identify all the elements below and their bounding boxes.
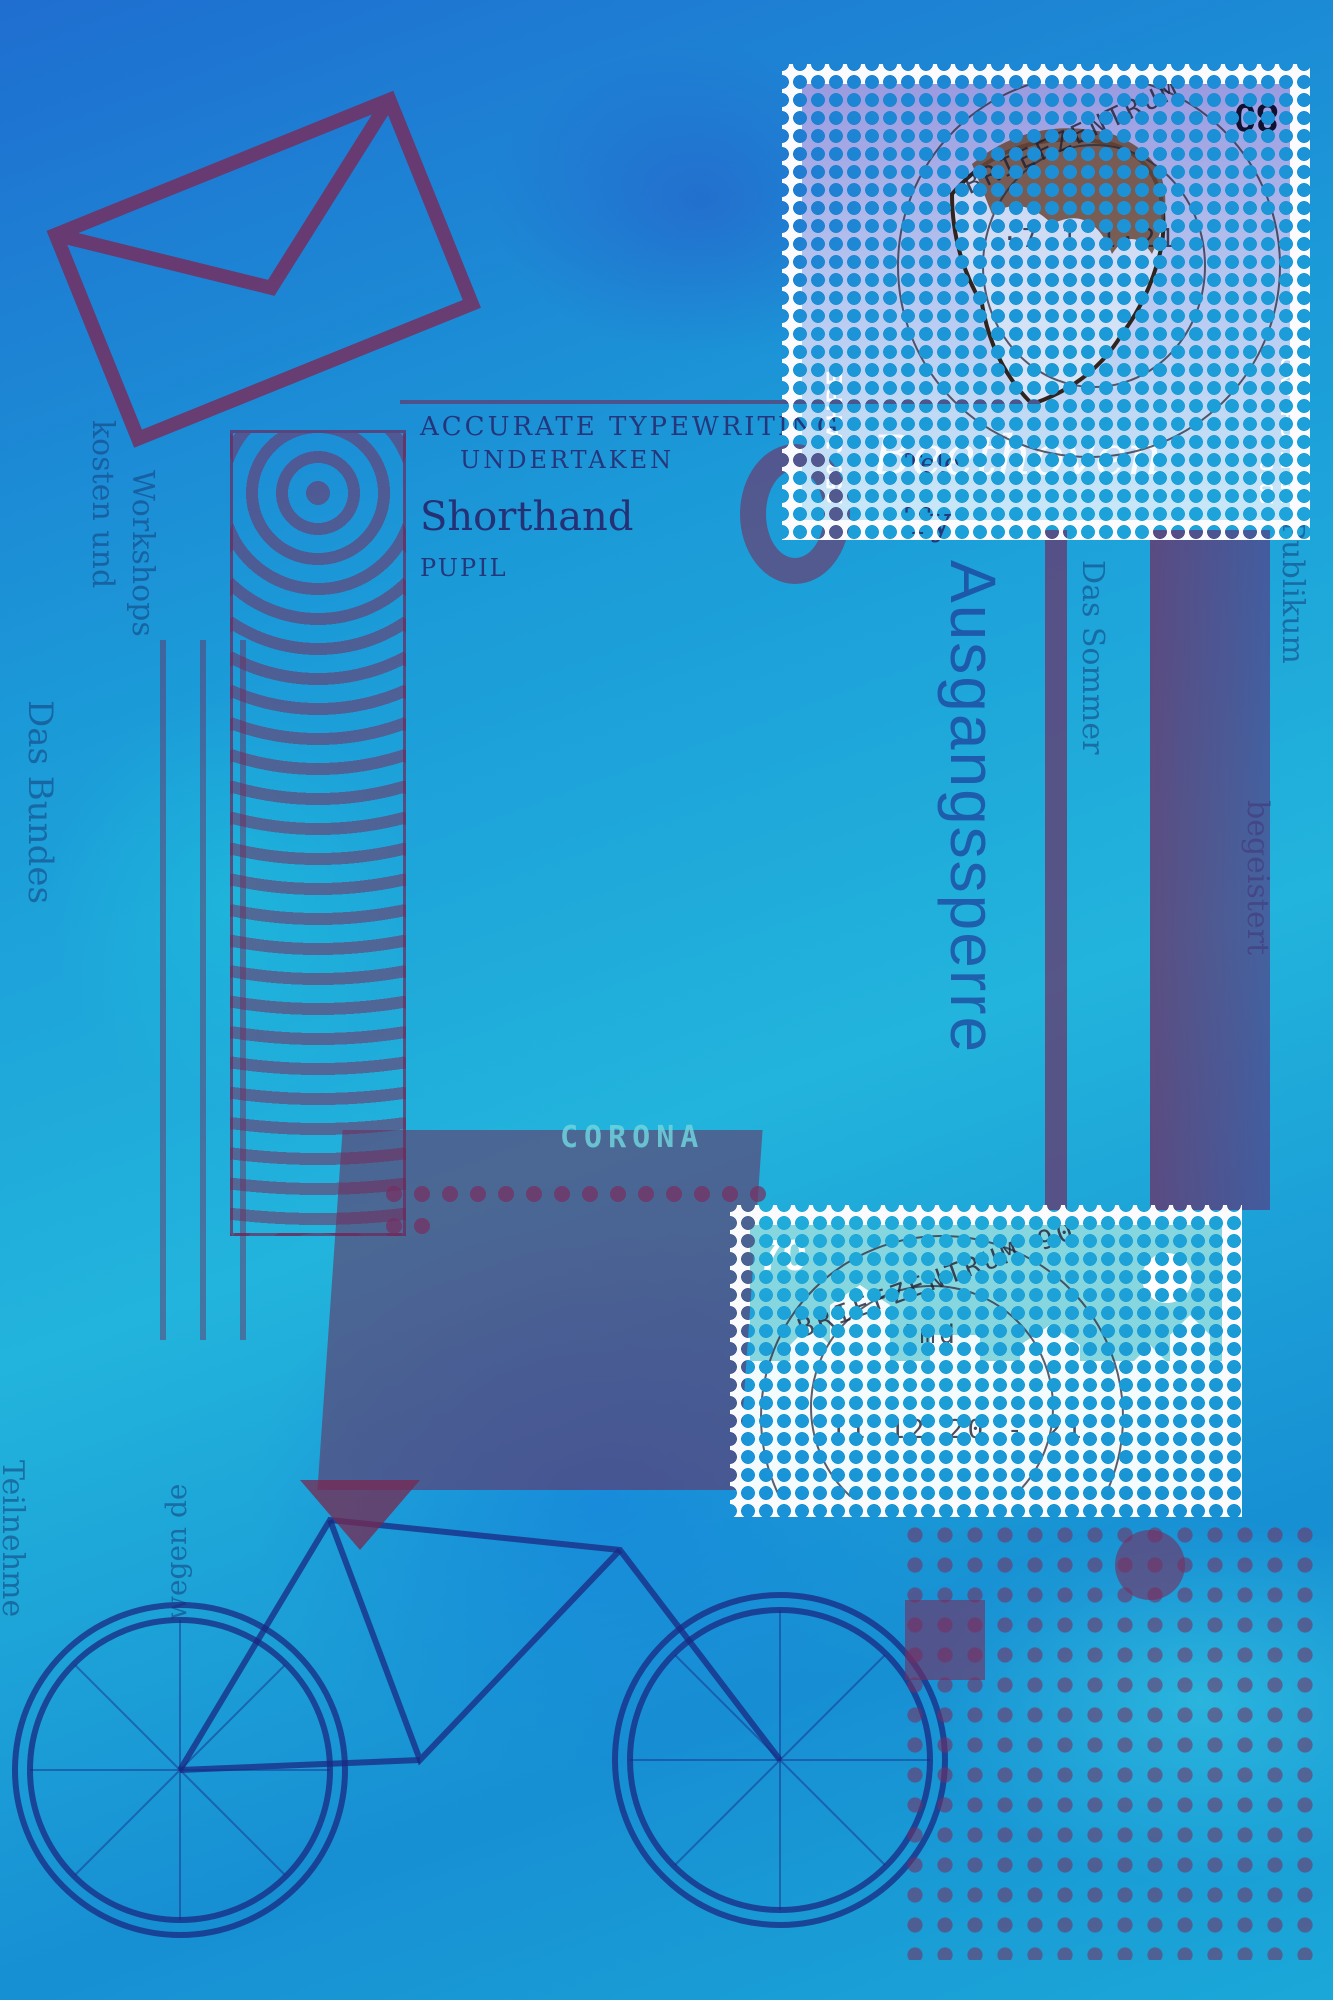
ad-line-1: ACCURATE TYPEWRITING (420, 412, 841, 442)
townscape-stamp: 70 BRIEFZENTRUM 90 'md 11 12 20 - 21 (730, 1205, 1242, 1517)
bg-text-left-2: Workshops (125, 470, 160, 637)
typewriter-keys (380, 1180, 780, 1244)
townscape-postmark-middle: 'md (900, 1320, 959, 1350)
beethoven-postmark-date: ·7 1 1·21 (1002, 224, 1179, 254)
brush-stroke-2 (1150, 530, 1270, 1210)
beethoven-stamp-art: 80 250 JAHRE 2020 DEUTSCHLAND Beethoven … (802, 84, 1290, 520)
townscape-stamp-value: 70 (758, 1231, 807, 1281)
beethoven-stamp-value: 80 (1234, 94, 1279, 139)
handwriting-script (140, 640, 280, 1340)
bg-text-left-3: Das Bundes (20, 700, 60, 904)
ad-line-4: PUPIL (420, 554, 508, 582)
beethoven-stamp-left-text: 250 JAHRE (822, 369, 848, 504)
beethoven-stamp-right-text: 2020 DEUTSCHLAND (1257, 356, 1290, 504)
pattern-square (905, 1600, 985, 1680)
townscape-postmark-date: 11 12 20 - 21 (830, 1415, 1086, 1445)
collage-postcard: kosten und Workshops Das Bundes Teilnehm… (0, 0, 1333, 2000)
ad-line-3: Shorthand (420, 494, 633, 540)
townscape-stamp-art: 70 BRIEFZENTRUM 90 'md 11 12 20 - 21 (750, 1225, 1222, 1497)
brush-stroke-1 (1045, 530, 1067, 1210)
beethoven-stamp: 80 250 JAHRE 2020 DEUTSCHLAND Beethoven … (782, 64, 1310, 540)
center-vertical-text: Ausgangssperre (936, 560, 1010, 1054)
geometric-pattern (900, 1520, 1320, 1960)
bg-text-right-1: Das Sommer (1075, 560, 1110, 754)
ad-line-2: UNDERTAKEN (460, 446, 674, 474)
bg-text-right-2: Publikum (1275, 520, 1310, 664)
typewriter-brand: CORONA (560, 1120, 704, 1155)
pattern-circle (1115, 1530, 1185, 1600)
